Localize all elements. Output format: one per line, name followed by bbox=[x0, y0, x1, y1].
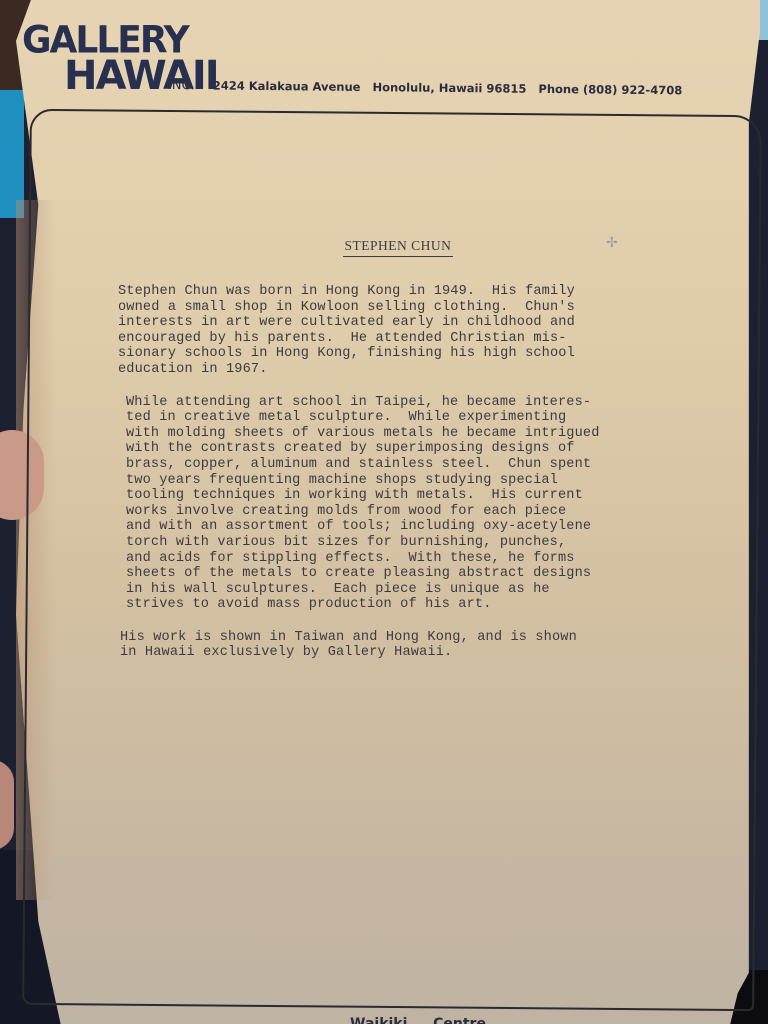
biography-document: STEPHEN CHUN Stephen Chun was born in Ho… bbox=[118, 238, 678, 661]
gallery-hawaii-logo: GALLERY HAWAII bbox=[22, 24, 188, 58]
paragraph-art-career: While attending art school in Taipei, he… bbox=[126, 395, 678, 613]
document-title-text: STEPHEN CHUN bbox=[343, 238, 454, 257]
phone-number: Phone (808) 922-4708 bbox=[538, 82, 682, 98]
paragraph-exhibitions: His work is shown in Taiwan and Hong Kon… bbox=[120, 630, 678, 661]
company-suffix: INC. bbox=[168, 78, 195, 93]
city-address: Honolulu, Hawaii 96815 bbox=[372, 80, 526, 96]
paragraph-early-life: Stephen Chun was born in Hong Kong in 19… bbox=[118, 284, 678, 378]
document-title: STEPHEN CHUN bbox=[118, 238, 678, 254]
background-blue-object bbox=[0, 90, 24, 218]
holding-finger-lower bbox=[0, 760, 14, 850]
footer-partial-text: Waikiki ... Centre bbox=[350, 1016, 486, 1024]
street-address: 2424 Kalakaua Avenue bbox=[213, 78, 361, 94]
